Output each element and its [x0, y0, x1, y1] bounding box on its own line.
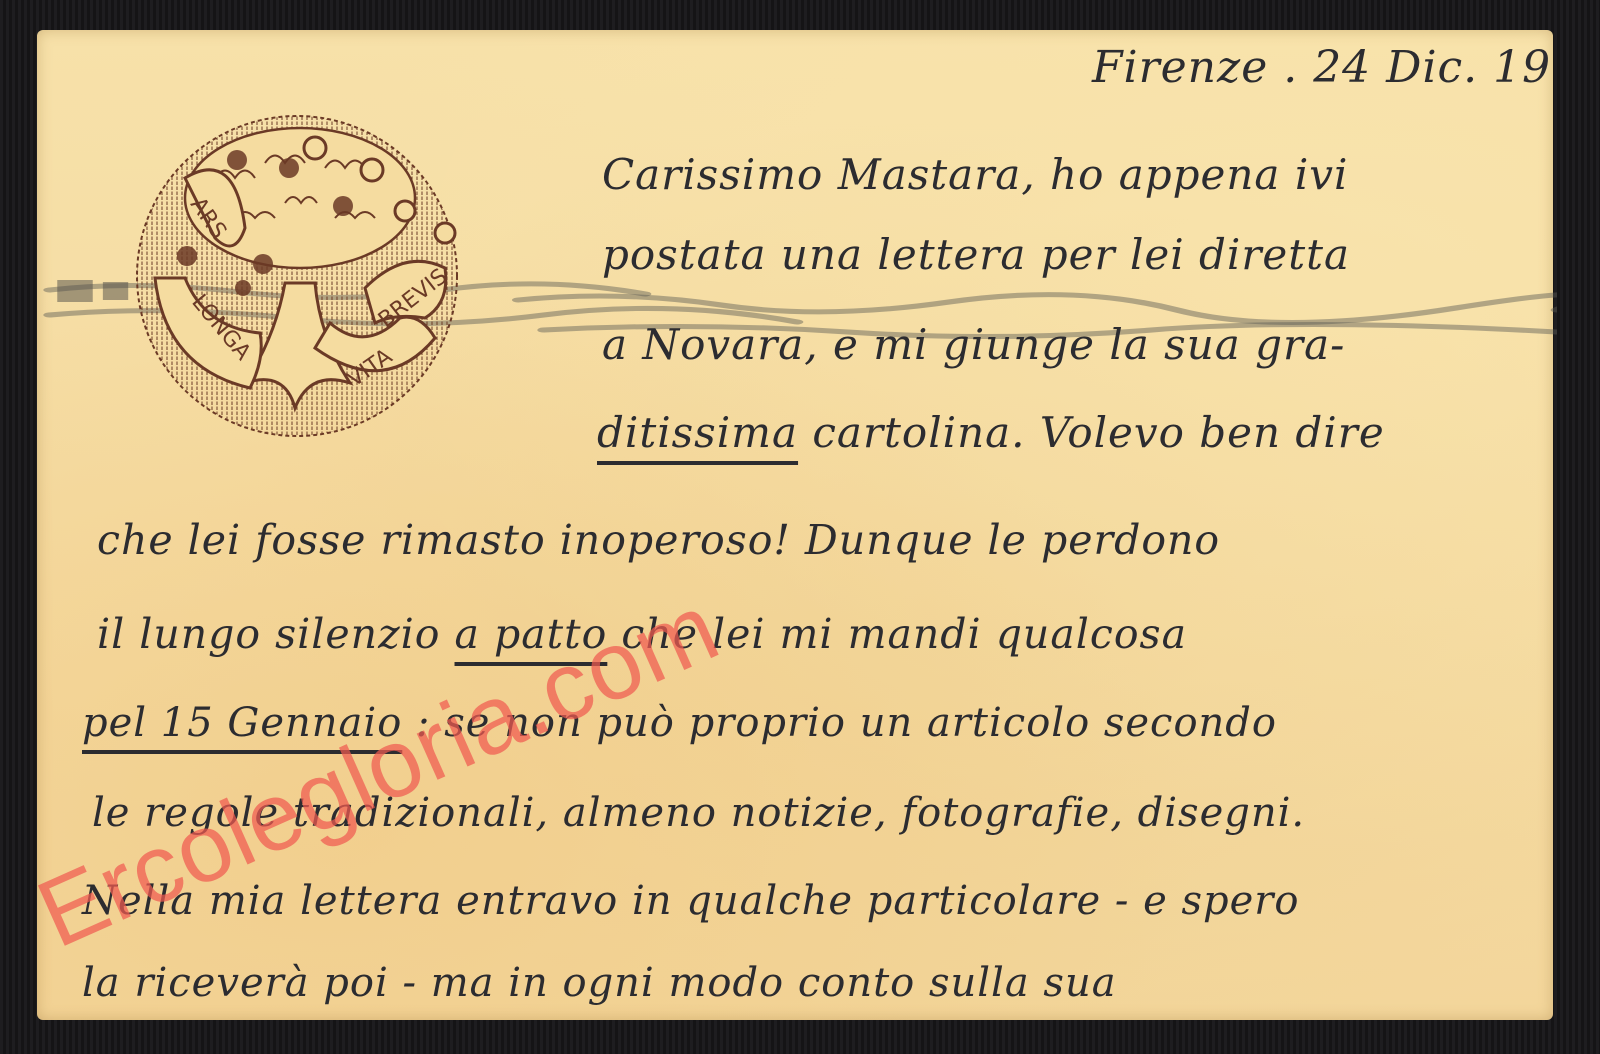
dateline: Firenze . 24 Dic. 19 — [1092, 42, 1551, 93]
letter-line-rest: cartolina. Volevo ben dire — [812, 408, 1384, 457]
letter-line: a Novara, e mi giunge la sua gra- — [602, 320, 1345, 369]
letter-line: postata una lettera per lei diretta — [602, 230, 1350, 279]
letter-line-part: il lungo silenzio — [97, 610, 455, 658]
letter-line: la riceverà poi - ma in ogni modo conto … — [82, 960, 1117, 1006]
letter-line: Nella mia lettera entravo in qualche par… — [82, 878, 1299, 924]
letter-line: pel 15 Gennaio : se non può proprio un a… — [82, 700, 1277, 746]
letter-line: che lei fosse rimasto inoperoso! Dunque … — [97, 516, 1220, 564]
ars-longa-vita-brevis-emblem: ARS LONGA VITA BREVIS — [125, 108, 470, 443]
letter-line: Carissimo Mastara, ho appena ivi — [602, 150, 1348, 199]
letter-line: ditissima cartolina. Volevo ben dire — [597, 408, 1385, 457]
underlined-word: ditissima — [597, 408, 798, 457]
postcard: ARS LONGA VITA BREVIS Firenze . 24 Dic. … — [37, 30, 1553, 1020]
